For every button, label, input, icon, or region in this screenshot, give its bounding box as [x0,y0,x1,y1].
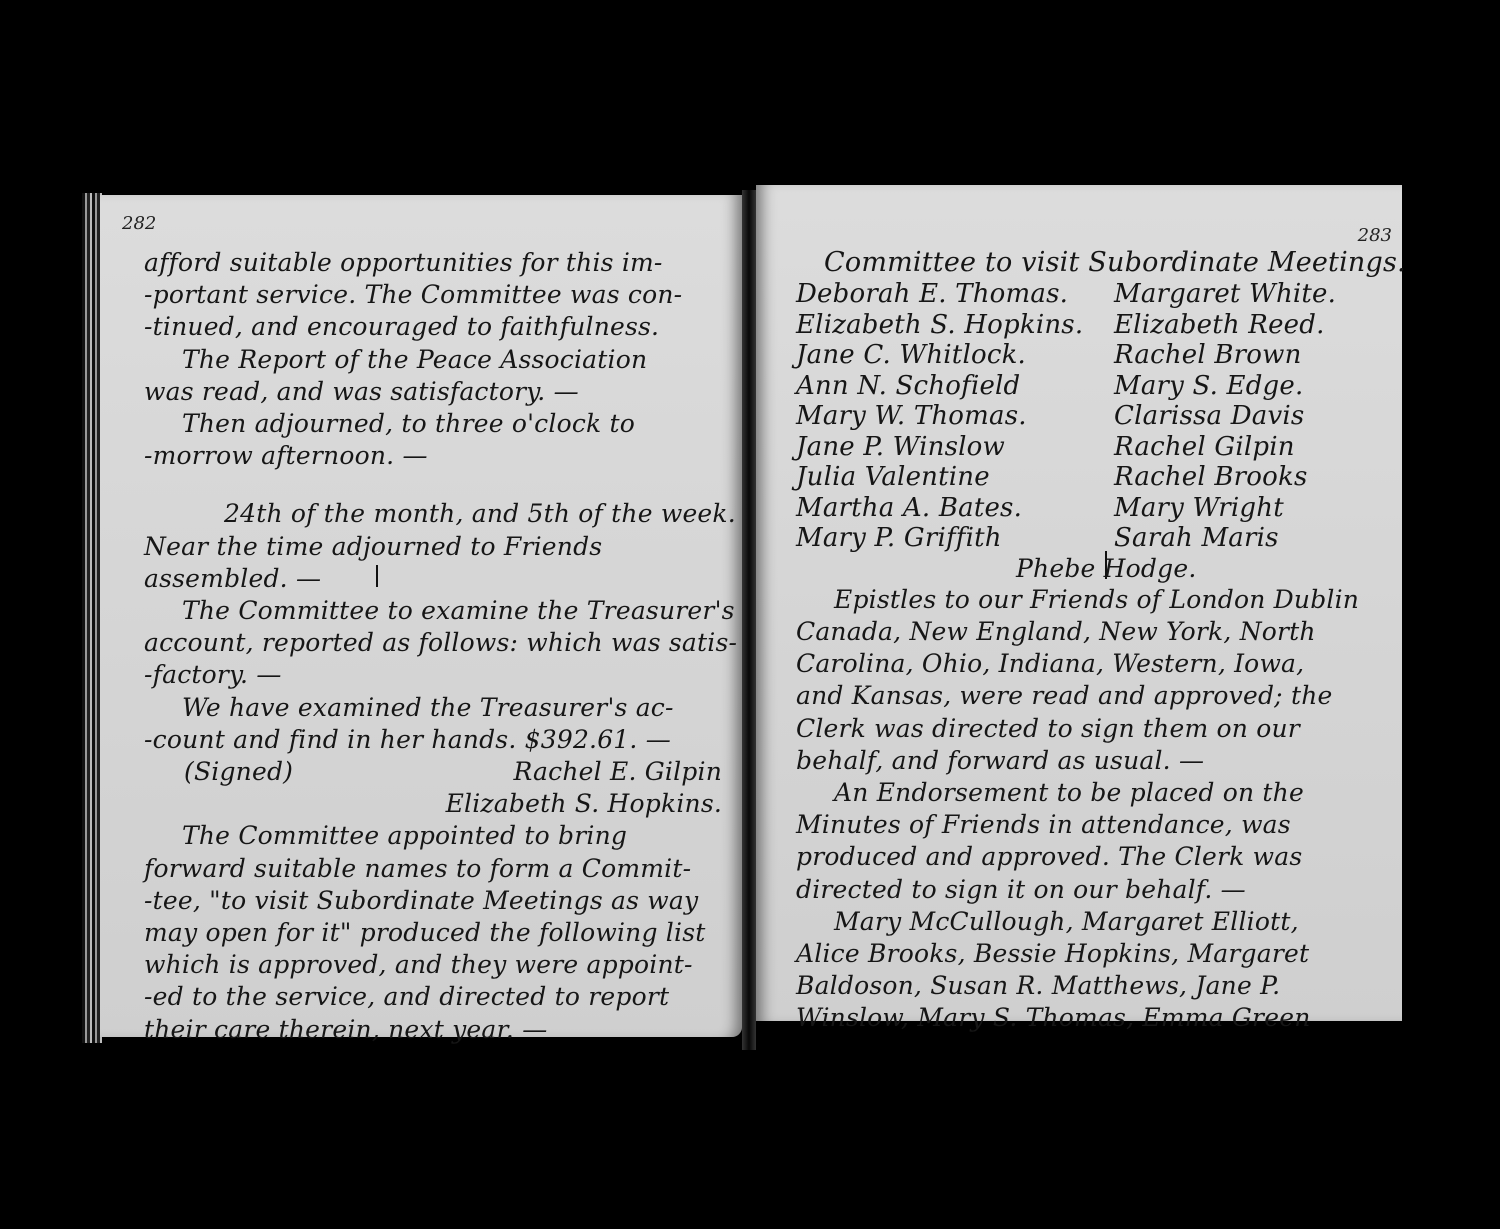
committee-member: Rachel Brown [1106,340,1388,371]
paragraph-adjourned: Then adjourned, to three o'clock to -mor… [144,408,722,472]
signature-name: Rachel E. Gilpin [446,756,722,788]
text-line: afford suitable opportunities for this i… [144,247,722,279]
signature-block: (Signed) Rachel E. Gilpin Elizabeth S. H… [144,756,722,820]
committee-member: Elizabeth Reed. [1106,310,1388,341]
text-line: -tee, "to visit Subordinate Meetings as … [144,885,722,917]
paragraph-attendees: Mary McCullough, Margaret Elliott, Alice… [796,906,1388,1035]
signature-name: Elizabeth S. Hopkins. [446,788,722,820]
committee-member: Sarah Maris [1106,523,1388,554]
committee-member: Jane P. Winslow [796,432,1106,463]
committee-member-final: Phebe Hodge. [796,554,1388,584]
text-line: assembled. — [144,563,722,595]
text-line: Alice Brooks, Bessie Hopkins, Margaret [796,938,1388,970]
committee-member: Mary Wright [1106,493,1388,524]
page-number-right: 283 [1358,225,1392,246]
text-line: behalf, and forward as usual. — [796,745,1388,777]
book-gutter [742,190,756,1050]
text-line: -factory. — [144,659,722,691]
committee-member: Margaret White. [1106,279,1388,310]
ink-mark [376,565,378,587]
text-line: and Kansas, were read and approved; the [796,680,1388,712]
paragraph-peace-association: The Report of the Peace Association was … [144,344,722,408]
text-line: -ed to the service, and directed to repo… [144,981,722,1013]
text-line: Baldoson, Susan R. Matthews, Jane P. [796,970,1388,1002]
text-line: 24th of the month, and 5th of the week. [144,498,722,530]
text-line: -portant service. The Committee was con- [144,279,722,311]
date-heading: 24th of the month, and 5th of the week. [144,498,722,530]
text-line: Winslow, Mary S. Thomas, Emma Green [796,1002,1388,1034]
text-line: Epistles to our Friends of London Dublin [796,584,1388,616]
text-line: which is approved, and they were appoint… [144,949,722,981]
committee-member: Ann N. Schofield [796,371,1106,402]
paragraph-treasurer-report: We have examined the Treasurer's ac- -co… [144,692,722,756]
text-line: Clerk was directed to sign them on our [796,713,1388,745]
paragraph-friends-assembled: Near the time adjourned to Friends assem… [144,531,722,595]
text-line: forward suitable names to form a Commit- [144,853,722,885]
text-line: -count and find in her hands. $392.61. — [144,724,722,756]
text-line: directed to sign it on our behalf. — [796,874,1388,906]
text-line: Near the time adjourned to Friends [144,531,722,563]
text-line: The Report of the Peace Association [144,344,722,376]
page-number-left: 282 [122,213,156,234]
text-line: was read, and was satisfactory. — [144,376,722,408]
signed-label: (Signed) [144,756,293,820]
text-line: Minutes of Friends in attendance, was [796,809,1388,841]
text-line: Canada, New England, New York, North [796,616,1388,648]
committee-heading: Committee to visit Subordinate Meetings. [796,247,1388,279]
text-line: produced and approved. The Clerk was [796,841,1388,873]
committee-member: Rachel Gilpin [1106,432,1388,463]
left-page: 282 afford suitable opportunities for th… [100,195,742,1037]
text-line: account, reported as follows: which was … [144,627,722,659]
text-line: may open for it" produced the following … [144,917,722,949]
paragraph-endorsement: An Endorsement to be placed on the Minut… [796,777,1388,906]
text-line: -tinued, and encouraged to faithfulness. [144,311,722,343]
text-line: Then adjourned, to three o'clock to [144,408,722,440]
signatures: Rachel E. Gilpin Elizabeth S. Hopkins. [446,756,722,820]
text-line: Carolina, Ohio, Indiana, Western, Iowa, [796,648,1388,680]
text-line: their care therein, next year. — [144,1014,722,1046]
text-line: Mary McCullough, Margaret Elliott, [796,906,1388,938]
paragraph-epistles: Epistles to our Friends of London Dublin… [796,584,1388,777]
text-line: We have examined the Treasurer's ac- [144,692,722,724]
ink-mark [1105,551,1107,579]
committee-member: Mary P. Griffith [796,523,1106,554]
committee-member: Mary W. Thomas. [796,401,1106,432]
text-line: An Endorsement to be placed on the [796,777,1388,809]
paragraph-treasurer-committee: The Committee to examine the Treasurer's… [144,595,722,692]
committee-member: Jane C. Whitlock. [796,340,1106,371]
text-line: The Committee to examine the Treasurer's [144,595,722,627]
paragraph-committee-continued: afford suitable opportunities for this i… [144,247,722,344]
committee-member: Rachel Brooks [1106,462,1388,493]
paragraph-nominating-committee: The Committee appointed to bring forward… [144,820,722,1045]
text-line: The Committee appointed to bring [144,820,722,852]
text-line: -morrow afternoon. — [144,440,722,472]
committee-member: Clarissa Davis [1106,401,1388,432]
committee-member: Mary S. Edge. [1106,371,1388,402]
right-page: 283 Committee to visit Subordinate Meeti… [756,185,1402,1021]
committee-member: Elizabeth S. Hopkins. [796,310,1106,341]
committee-name-list: Deborah E. Thomas. Margaret White. Eliza… [796,279,1388,554]
committee-member: Julia Valentine [796,462,1106,493]
committee-member: Martha A. Bates. [796,493,1106,524]
book-page-edges [82,193,102,1043]
committee-member: Deborah E. Thomas. [796,279,1106,310]
